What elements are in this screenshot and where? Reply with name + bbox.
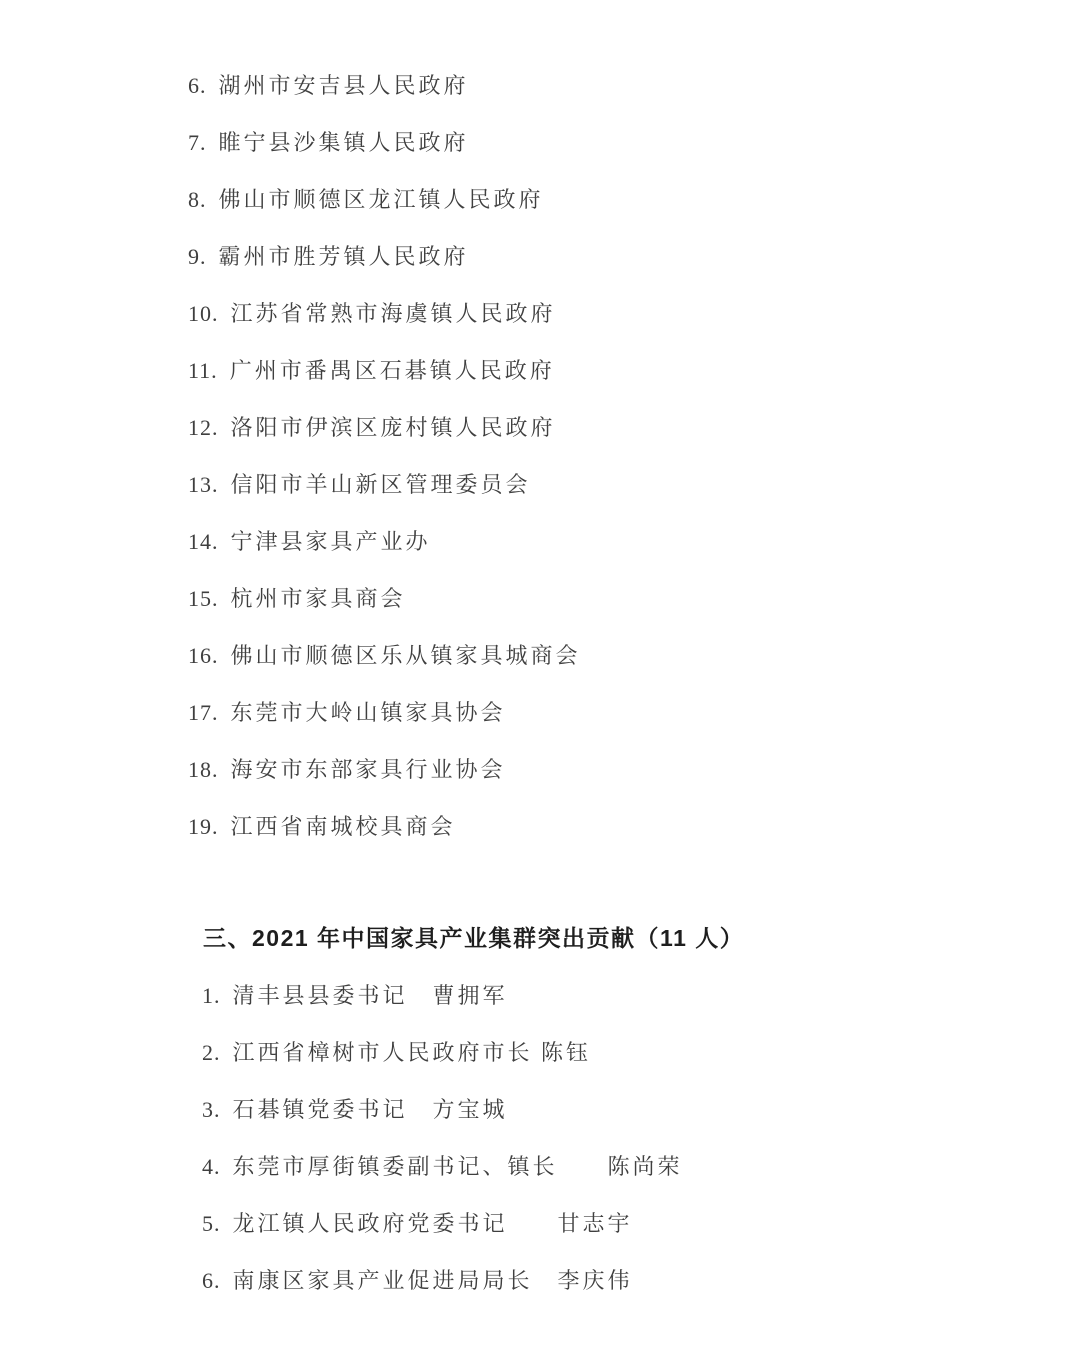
item-number: 10. [188,285,219,342]
item-number: 4. [202,1138,221,1195]
item-number: 7. [188,114,207,171]
item-text: 宁津县家具产业办 [231,529,431,554]
list-item: 8.佛山市顺德区龙江镇人民政府 [188,171,1080,228]
item-number: 18. [188,741,219,798]
list-item: 19.江西省南城校具商会 [188,798,1080,855]
list-item: 1.清丰县县委书记 曹拥军 [202,967,1080,1024]
item-text: 东莞市大岭山镇家具协会 [231,700,506,725]
item-number: 3. [202,1081,221,1138]
list-item: 3.石碁镇党委书记 方宝城 [202,1081,1080,1138]
award-recipient-list: 1.清丰县县委书记 曹拥军 2.江西省樟树市人民政府市长 陈钰 3.石碁镇党委书… [202,967,1080,1309]
item-text: 石碁镇党委书记 方宝城 [233,1097,508,1122]
list-item: 15.杭州市家具商会 [188,570,1080,627]
item-number: 19. [188,798,219,855]
list-item: 4.东莞市厚街镇委副书记、镇长 陈尚荣 [202,1138,1080,1195]
section-heading: 三、2021 年中国家具产业集群突出贡献（11 人） [203,910,1080,967]
list-item: 5.龙江镇人民政府党委书记 甘志宇 [202,1195,1080,1252]
item-text: 信阳市羊山新区管理委员会 [231,472,531,497]
item-text: 洛阳市伊滨区庞村镇人民政府 [231,415,556,440]
item-number: 2. [202,1024,221,1081]
item-text: 清丰县县委书记 曹拥军 [233,983,508,1008]
item-number: 6. [188,57,207,114]
item-number: 1. [202,967,221,1024]
list-item: 9.霸州市胜芳镇人民政府 [188,228,1080,285]
item-text: 湖州市安吉县人民政府 [219,73,469,98]
list-item: 14.宁津县家具产业办 [188,513,1080,570]
item-number: 9. [188,228,207,285]
item-number: 5. [202,1195,221,1252]
list-item: 7.睢宁县沙集镇人民政府 [188,114,1080,171]
item-text: 江西省樟树市人民政府市长 陈钰 [233,1040,592,1065]
item-number: 6. [202,1252,221,1309]
list-item: 11.广州市番禺区石碁镇人民政府 [188,342,1080,399]
item-text: 南康区家具产业促进局局长 李庆伟 [233,1268,633,1293]
document-page: 6.湖州市安吉县人民政府 7.睢宁县沙集镇人民政府 8.佛山市顺德区龙江镇人民政… [0,0,1080,1347]
item-number: 17. [188,684,219,741]
list-item: 6.南康区家具产业促进局局长 李庆伟 [202,1252,1080,1309]
item-number: 13. [188,456,219,513]
item-text: 睢宁县沙集镇人民政府 [219,130,469,155]
organization-list: 6.湖州市安吉县人民政府 7.睢宁县沙集镇人民政府 8.佛山市顺德区龙江镇人民政… [188,0,1080,855]
item-number: 8. [188,171,207,228]
item-number: 14. [188,513,219,570]
item-text: 江西省南城校具商会 [231,814,456,839]
list-item: 13.信阳市羊山新区管理委员会 [188,456,1080,513]
list-item: 18.海安市东部家具行业协会 [188,741,1080,798]
item-text: 龙江镇人民政府党委书记 甘志宇 [233,1211,633,1236]
item-text: 江苏省常熟市海虞镇人民政府 [231,301,556,326]
list-item: 17.东莞市大岭山镇家具协会 [188,684,1080,741]
list-item: 2.江西省樟树市人民政府市长 陈钰 [202,1024,1080,1081]
list-item: 16.佛山市顺德区乐从镇家具城商会 [188,627,1080,684]
item-number: 15. [188,570,219,627]
item-text: 杭州市家具商会 [231,586,406,611]
item-number: 16. [188,627,219,684]
item-text: 霸州市胜芳镇人民政府 [219,244,469,269]
list-item: 6.湖州市安吉县人民政府 [188,57,1080,114]
list-item: 10.江苏省常熟市海虞镇人民政府 [188,285,1080,342]
item-number: 12. [188,399,219,456]
item-text: 东莞市厚街镇委副书记、镇长 陈尚荣 [233,1154,683,1179]
item-number: 11. [188,342,218,399]
list-item: 12.洛阳市伊滨区庞村镇人民政府 [188,399,1080,456]
item-text: 佛山市顺德区龙江镇人民政府 [219,187,544,212]
item-text: 广州市番禺区石碁镇人民政府 [230,358,555,383]
item-text: 海安市东部家具行业协会 [231,757,506,782]
item-text: 佛山市顺德区乐从镇家具城商会 [231,643,581,668]
